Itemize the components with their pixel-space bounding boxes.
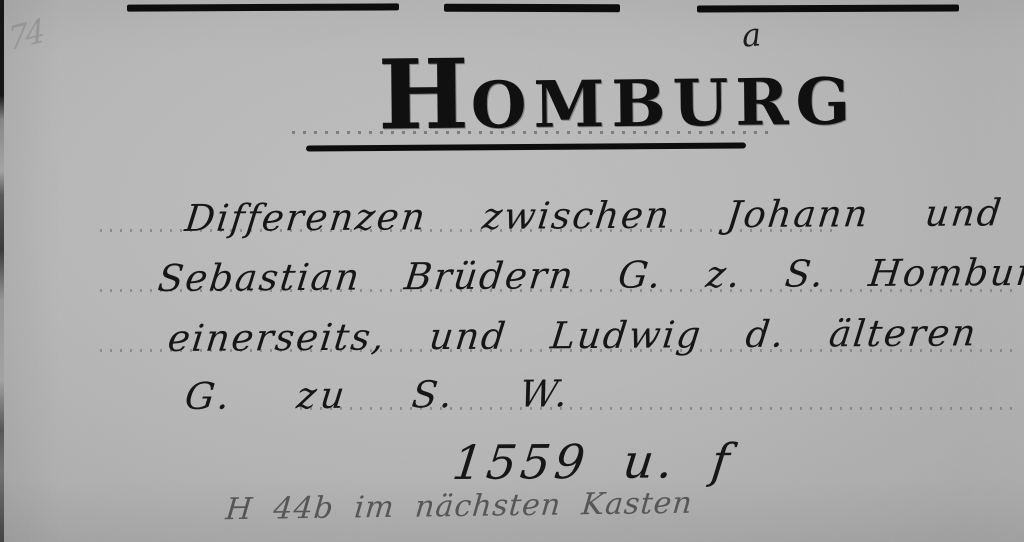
heading-underline-rule [306,142,746,151]
script-line: einerseits, und Ludwig d. älteren [166,314,980,357]
script-line: G. zu S. W. [183,375,573,415]
heading-stamp: HOMBURG [378,42,858,143]
top-rule-segment [444,4,620,13]
script-line: Sebastian Brüdern G. z. S. Homburg [156,254,1024,297]
top-rule-segment [697,5,959,13]
top-rule-segment [127,3,399,11]
heading-initial: H [377,38,471,152]
pencil-reference-note: H 44b im nächsten Kasten [224,489,694,526]
year-notation: 1559 u. f [450,438,736,487]
scan-left-edge [0,0,4,542]
folio-number-pencil: 74 [7,12,45,59]
archive-card-scan: 74 a HOMBURG Differenzen zwischen Johann… [0,0,1024,542]
script-line: Differenzen zwischen Johann und [183,194,1005,237]
heading-rest: OMBURG [470,64,857,143]
